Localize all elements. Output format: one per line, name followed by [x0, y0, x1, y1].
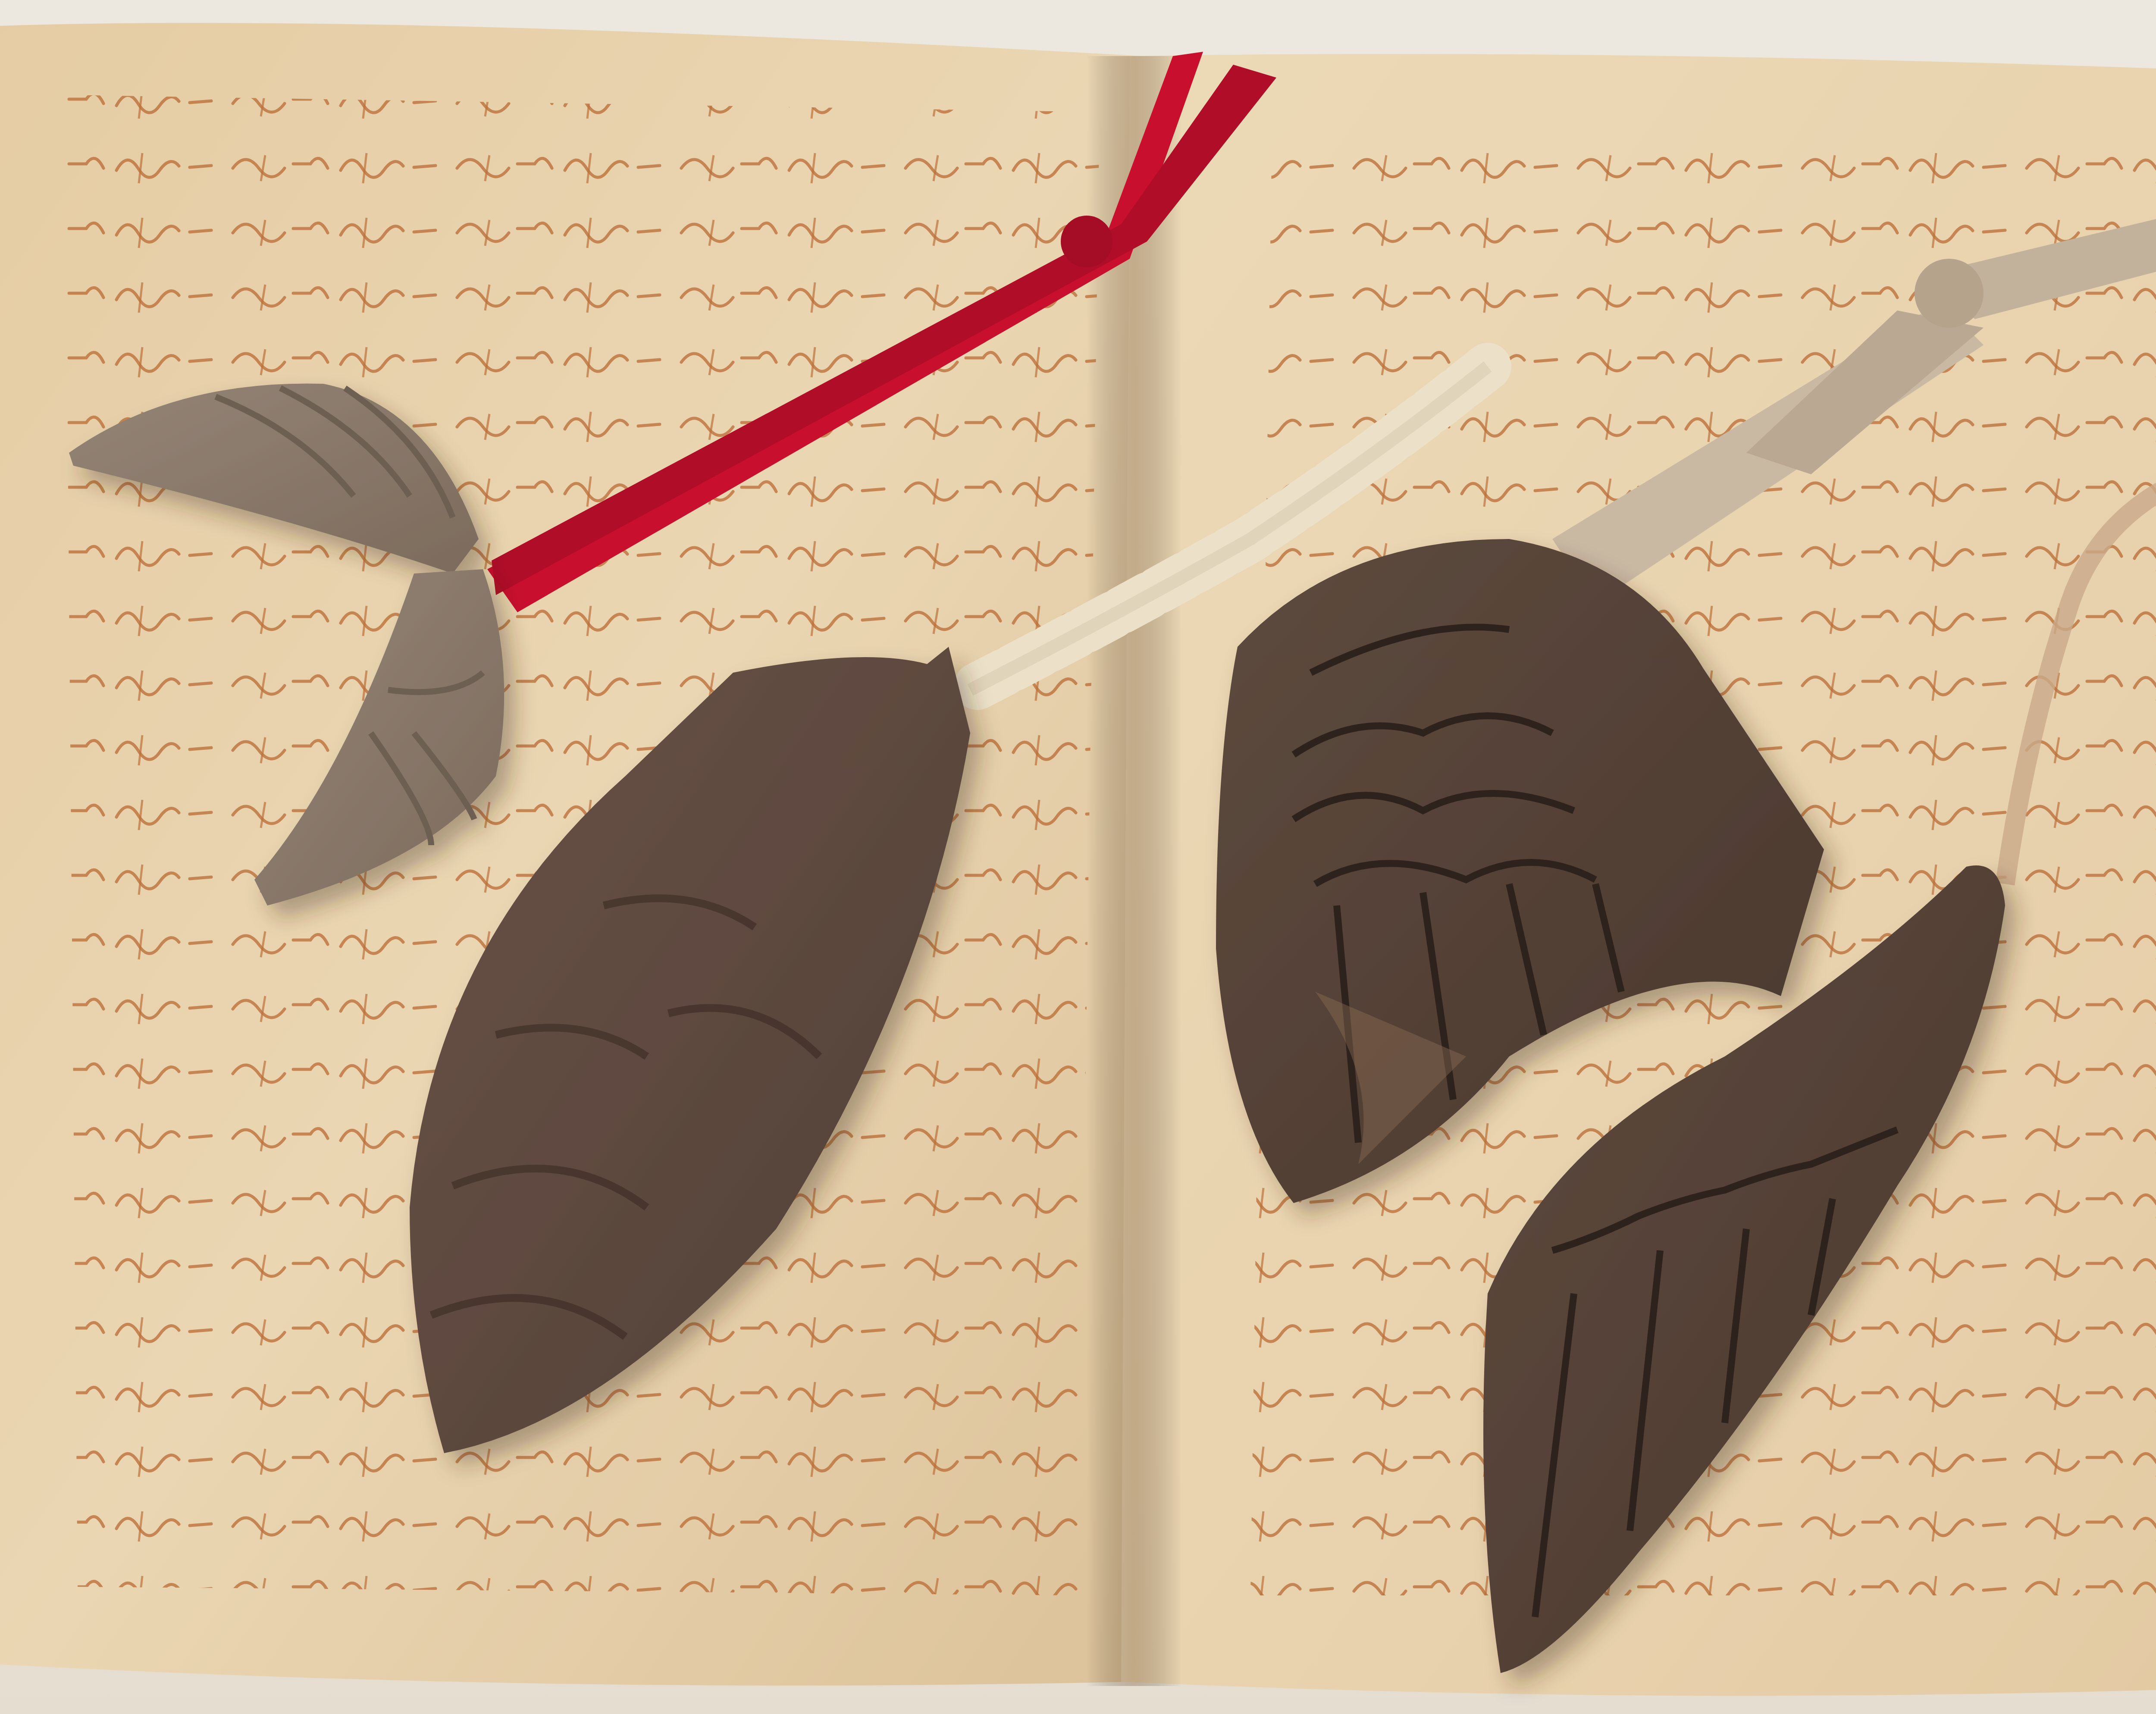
- photo: [0, 0, 2156, 1714]
- page-gutter: [1087, 56, 1181, 1686]
- photo-illustration: [0, 0, 2156, 1714]
